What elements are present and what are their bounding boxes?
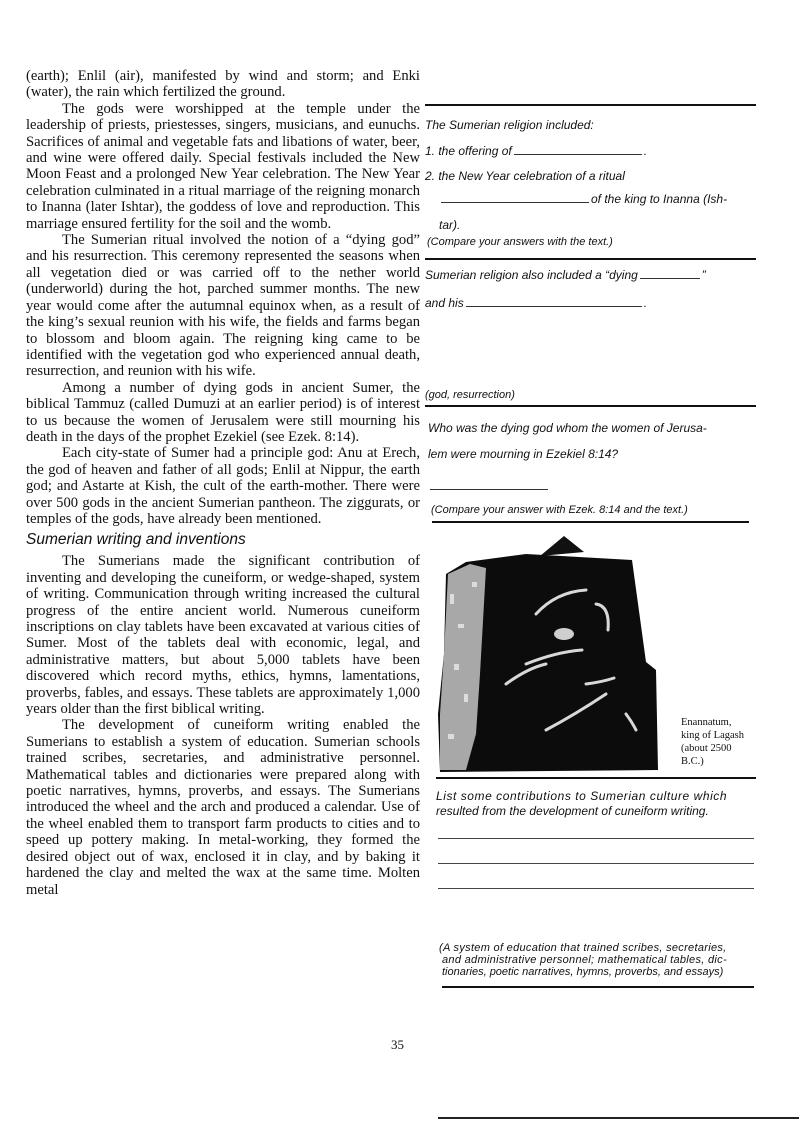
body-paragraph: The Sumerian ritual involved the notion … xyxy=(26,232,420,380)
section-rule xyxy=(425,258,756,260)
body-paragraph: (earth); Enlil (air), manifested by wind… xyxy=(26,68,420,101)
main-text-column: (earth); Enlil (air), manifested by wind… xyxy=(26,68,420,898)
body-paragraph: The gods were worshipped at the temple u… xyxy=(26,101,420,232)
body-paragraph: The development of cuneiform writing ena… xyxy=(26,717,420,897)
body-paragraph: The Sumerians made the significant contr… xyxy=(26,553,420,717)
answer-blank[interactable] xyxy=(640,277,700,279)
question-line-2: lem were mourning in Ezekiel 8:14? xyxy=(428,447,618,461)
section-rule xyxy=(425,405,756,407)
question-item-2: 2. the New Year celebration of a ritual xyxy=(425,169,625,183)
section-heading: Sumerian writing and inventions xyxy=(26,530,420,549)
answer-line[interactable] xyxy=(438,863,754,864)
section-rule xyxy=(432,521,749,523)
question-line-2: resulted from the development of cuneifo… xyxy=(436,804,709,818)
section-rule xyxy=(442,986,754,988)
photo-caption: Enannatum, king of Lagash (about 2500 B.… xyxy=(681,716,761,768)
answer-line[interactable] xyxy=(438,888,754,889)
answer-line[interactable] xyxy=(438,838,754,839)
answer-text: (Compare your answer with Ezek. 8:14 and… xyxy=(431,504,688,516)
answer-text: (Compare your answers with the text.) xyxy=(427,236,613,248)
question-item-1: 1. the offering of. xyxy=(425,144,647,158)
question-line-1: List some contributions to Sumerian cult… xyxy=(436,789,727,803)
enannatum-photo xyxy=(436,534,679,774)
body-paragraph: Each city-state of Sumer had a principle… xyxy=(26,445,420,527)
answer-blank[interactable] xyxy=(466,305,642,307)
answer-blank[interactable] xyxy=(441,201,589,203)
answer-blank[interactable] xyxy=(514,153,642,155)
answer-text: (god, resurrection) xyxy=(425,389,515,401)
question-item-2-cont: of the king to Inanna (Ish- xyxy=(439,192,727,206)
answer-blank-line[interactable] xyxy=(428,479,550,493)
question-line-1: Who was the dying god whom the women of … xyxy=(428,421,707,435)
section-rule xyxy=(425,104,756,106)
page-number: 35 xyxy=(391,1037,404,1053)
body-paragraph: Among a number of dying gods in ancient … xyxy=(26,380,420,446)
question-item-2-end: tar). xyxy=(439,218,460,232)
footer-rule xyxy=(438,1117,799,1119)
question-prompt: Sumerian religion also included a “dying… xyxy=(425,268,706,282)
question-line-2: and his. xyxy=(425,296,647,310)
question-prompt: The Sumerian religion included: xyxy=(425,118,594,132)
section-rule xyxy=(436,777,756,779)
